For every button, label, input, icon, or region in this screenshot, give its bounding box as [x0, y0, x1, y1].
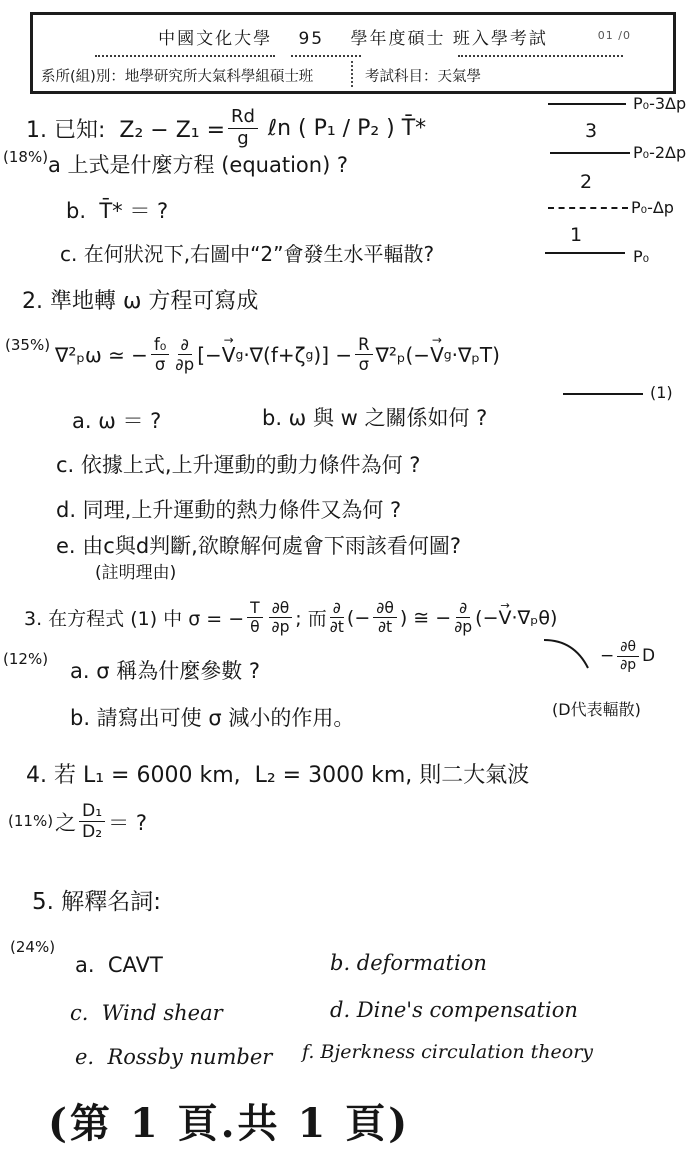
q3-side-d: D [642, 646, 655, 666]
q5-item-d: d. Dine's compensation [330, 997, 578, 1023]
q5-item-a: a. CAVT [75, 952, 163, 978]
q1-fraction: Rd g [228, 108, 258, 149]
q1-lead: 1. 已知: Z₂ − Z₁ = [26, 113, 225, 144]
q2-item-b: b. ω 與 w 之關係如何 ? [262, 405, 487, 431]
q3-frac-dtheta-dt: ∂θ ∂t [373, 600, 397, 636]
q3-f2d: ∂p [272, 618, 290, 635]
q2-item-d: d. 同理,上升運動的熱力條件又為何 ? [56, 497, 401, 523]
q3-curved-arrow [540, 632, 598, 674]
department-line: 系所(組)別：地學研究所大氣科學組碩士班 [41, 65, 313, 86]
exam-page: 中國文化大學 95 學年度碩士 班入學考試 01 ∕0 系所(組)別：地學研究所… [0, 0, 700, 1151]
q2-frac-f0-sigma: f₀ σ [151, 336, 169, 373]
diagram-layer-2: 2 [580, 171, 592, 193]
q2-eq-p1: ∇²ₚω ≃ − [55, 343, 148, 367]
q5-percent: (24%) [10, 938, 55, 957]
diagram-label-p0: P₀ [633, 247, 649, 266]
subject-line: 考試科目：天氣學 [365, 65, 481, 86]
q1-frac-den: g [237, 129, 248, 149]
q2-eq-number: (1) [650, 383, 673, 403]
q3-side-fn: ∂θ [617, 640, 639, 657]
q2-frac-d-dp: ∂ ∂p [175, 336, 194, 373]
q2-eq-p6: ·∇ₚT) [452, 343, 500, 367]
q3-f3d: ∂t [330, 618, 344, 635]
q3-eq-p2: ; 而 [295, 604, 326, 631]
diagram-line-p0-3dp [548, 103, 626, 105]
q4-post: ＝ ? [108, 807, 147, 837]
q1-equation: 1. 已知: Z₂ − Z₁ = Rd g ℓn ( P₁ ∕ P₂ ) T̄* [26, 108, 426, 149]
q3-f5n: ∂ [456, 600, 470, 618]
q2-f2d: ∂p [175, 355, 194, 373]
q5-title: 5. 解釋名詞: [32, 888, 161, 917]
q3-side-fd: ∂p [620, 657, 636, 673]
q2-f1d: σ [155, 355, 165, 373]
q3-percent: (12%) [3, 650, 48, 669]
q3-eq-p1: 3. 在方程式 (1) 中 σ = − [24, 604, 244, 631]
q4-percent: (11%) [8, 812, 53, 831]
q2-eq-p5: ∇²ₚ(− [376, 343, 431, 367]
q2-item-e-note: (註明理由) [95, 563, 176, 584]
diagram-line-p0 [545, 252, 625, 254]
header-dotted-rule-right [458, 55, 623, 57]
q1-frac-num: Rd [228, 108, 258, 129]
q3-f2n: ∂θ [269, 600, 293, 618]
q2-eq-p3: ·∇(f+ζ [243, 343, 305, 367]
q5-item-c: c. Wind shear [70, 1000, 223, 1026]
q3-f3n: ∂ [330, 600, 344, 618]
q2-vector-vg-2: V [430, 343, 444, 367]
diagram-label-p0-dp: P₀-Δp [631, 198, 674, 217]
q5-item-f: f. Bjerkness circulation theory [302, 1041, 593, 1065]
q2-eq-p4: )] − [313, 343, 352, 367]
q3-side-minus: − [600, 646, 614, 666]
q3-frac-d-dt: ∂ ∂t [330, 600, 344, 636]
diagram-label-p0-3dp: P₀-3Δp [633, 94, 686, 113]
q1-tail: ℓn ( P₁ ∕ P₂ ) T̄* [261, 116, 426, 141]
corner-mark: 01 ∕0 [598, 29, 631, 42]
q2-f1n: f₀ [151, 336, 169, 355]
q2-vg1-sub: g [235, 347, 243, 362]
q2-zeta-sub: g [306, 347, 314, 362]
q2-item-e: e. 由c與d判斷,欲瞭解何處會下雨該看何圖? [56, 533, 461, 559]
q2-f2n: ∂ [178, 336, 192, 355]
diagram-line-p0-dp [548, 207, 628, 209]
diagram-layer-1: 1 [570, 224, 582, 246]
q3-side-note: (D代表輻散) [552, 700, 641, 720]
q3-item-b: b. 請寫出可使 σ 減小的作用。 [70, 705, 354, 731]
exam-title: 中國文化大學 95 學年度碩士 班入學考試 [33, 24, 673, 49]
header-dotted-rule-left [95, 55, 275, 57]
q3-eq-p3: (− [347, 607, 370, 629]
q5-item-e: e. Rossby number [75, 1044, 272, 1070]
q3-f1n: T [247, 600, 263, 618]
q4-pre: 之 [55, 807, 76, 837]
q2-eq-p2: [− [197, 343, 222, 367]
q2-vg2-sub: g [444, 347, 452, 362]
q5-item-b: b. deformation [330, 950, 487, 976]
diagram-label-p0-2dp: P₀-2Δp [633, 143, 686, 162]
q3-f1d: θ [250, 618, 260, 635]
q2-item-a: a. ω ＝ ? [72, 408, 161, 434]
q4-frac-d1-d2: D₁ D₂ [79, 802, 105, 841]
q4-frac-den: D₂ [82, 822, 102, 841]
q2-equation: ∇²ₚω ≃ − f₀ σ ∂ ∂p [− Vg ·∇(f+ζg )] − R … [55, 336, 500, 373]
q2-eq-underline [563, 393, 643, 395]
q3-eq-p4: ) ≅ − [400, 607, 451, 629]
q3-vector-v: V [499, 607, 512, 629]
q4-frac-num: D₁ [79, 802, 105, 822]
diagram-layer-3: 3 [585, 120, 597, 142]
q3-frac-t-theta: T θ [247, 600, 263, 636]
q4-equation: 之 D₁ D₂ ＝ ? [55, 802, 147, 841]
header-divider [351, 61, 353, 87]
q3-frac-d-dp: ∂ ∂p [454, 600, 472, 636]
q3-side-term: − ∂θ ∂p D [600, 640, 655, 672]
page-footer: (第 1 頁.共 1 頁) [48, 1092, 410, 1149]
q1-item-a: a 上式是什麼方程 (equation) ? [48, 152, 348, 178]
q2-item-c: c. 依據上式,上升運動的動力條件為何 ? [56, 452, 420, 478]
q3-f4n: ∂θ [373, 600, 397, 618]
q3-eq-p5: (− [475, 607, 498, 629]
q2-frac-r-sigma: R σ [355, 336, 372, 373]
q3-side-frac: ∂θ ∂p [617, 640, 639, 672]
q4-line1: 4. 若 L₁ = 6000 km, L₂ = 3000 km, 則二大氣波 [26, 762, 529, 790]
q2-percent: (35%) [5, 336, 50, 355]
q2-f3d: σ [359, 355, 369, 373]
q3-item-a: a. σ 稱為什麼參數 ? [70, 658, 260, 684]
q3-f4d: ∂t [378, 618, 392, 635]
q1-item-c: c. 在何狀況下,右圖中“2”會發生水平輻散? [60, 242, 434, 267]
q2-title: 2. 準地轉 ω 方程可寫成 [22, 288, 258, 316]
header-box: 中國文化大學 95 學年度碩士 班入學考試 01 ∕0 系所(組)別：地學研究所… [30, 12, 676, 94]
q3-f5d: ∂p [454, 618, 472, 635]
header-dotted-rule-mid [291, 55, 361, 57]
q3-frac-dtheta-dp: ∂θ ∂p [269, 600, 293, 636]
q2-vector-vg-1: V [222, 343, 236, 367]
q1-percent: (18%) [3, 148, 48, 167]
diagram-line-p0-2dp [550, 152, 630, 154]
q3-eq-p6: ·∇ₚθ) [512, 607, 558, 629]
q2-f3n: R [355, 336, 372, 355]
q1-item-b: b. T̄* ＝ ? [66, 198, 168, 224]
q3-equation: 3. 在方程式 (1) 中 σ = − T θ ∂θ ∂p ; 而 ∂ ∂t (… [24, 600, 557, 636]
